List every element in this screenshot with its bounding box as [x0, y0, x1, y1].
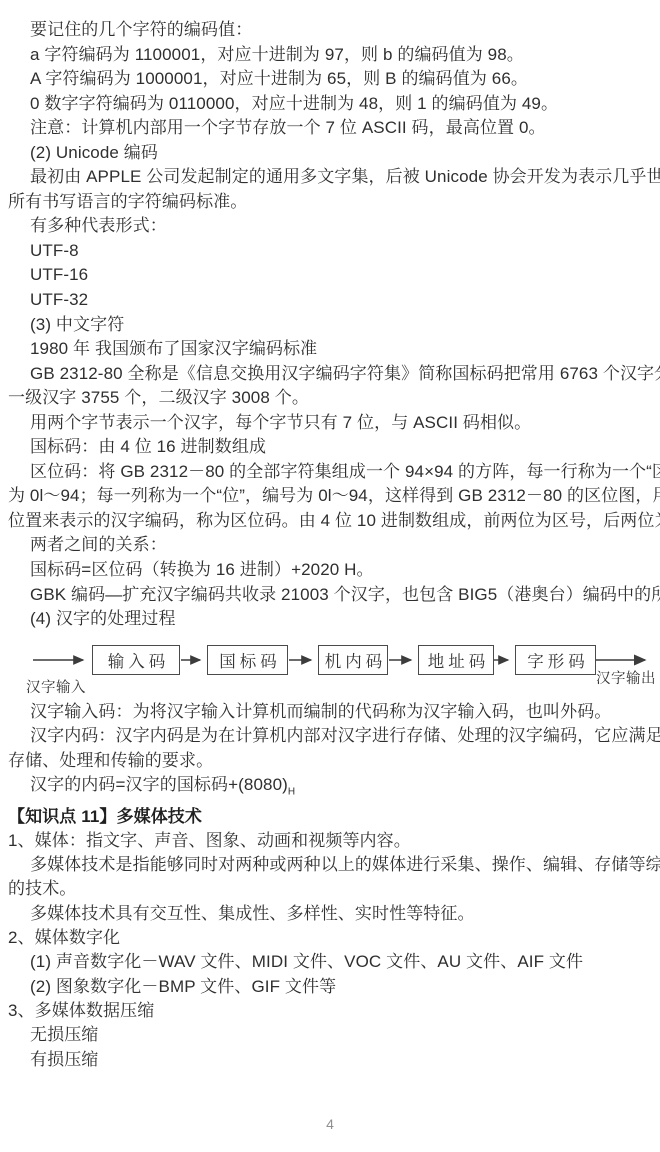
line-text: 有损压缩 — [30, 1050, 98, 1069]
text-line: a 字符编码为 1100001，对应十进制为 97，则 b 的编码值为 98。 — [8, 43, 658, 68]
line-text: 【知识点 11】多媒体技术 — [8, 807, 202, 826]
line-text: 多媒体技术具有交互性、集成性、多样性、实时性等特征。 — [30, 904, 475, 923]
flow-box-address-code: 地址码 — [418, 645, 494, 675]
text-line: 0 数字字符编码为 0110000，对应十进制为 48，则 1 的编码值为 49… — [8, 92, 658, 117]
line-text: GB 2312-80 全称是《信息交换用汉字编码字符集》简称国标码把常用 676… — [30, 364, 660, 383]
text-line: 汉字输入码：为将汉字输入计算机而编制的代码称为汉字输入码，也叫外码。 — [8, 700, 658, 724]
text-line: 用两个字节表示一个汉字，每个字节只有 7 位，与 ASCII 码相似。 — [8, 411, 658, 436]
text-line: 有损压缩 — [8, 1048, 658, 1072]
line-text: 无损压缩 — [30, 1025, 98, 1044]
text-line: 位置来表示的汉字编码，称为区位码。由 4 位 10 进制数组成，前两位为区号，后… — [8, 509, 658, 534]
text-line: GB 2312-80 全称是《信息交换用汉字编码字符集》简称国标码把常用 676… — [8, 362, 658, 387]
text-line: 无损压缩 — [8, 1023, 658, 1047]
flow-box-internal-code: 机内码 — [318, 645, 388, 675]
text-line: 注意：计算机内部用一个字节存放一个 7 位 ASCII 码，最高位置 0。 — [8, 116, 658, 141]
text-line: 要记住的几个字符的编码值： — [8, 18, 658, 43]
line-text: 最初由 APPLE 公司发起制定的通用多文字集，后被 Unicode 协会开发为… — [30, 167, 660, 186]
line-text: 要记住的几个字符的编码值： — [30, 20, 252, 39]
section-heading: 【知识点 11】多媒体技术 — [8, 805, 658, 829]
line-text: 区位码：将 GB 2312－80 的全部字符集组成一个 94×94 的方阵，每一… — [30, 462, 660, 481]
document-page: 要记住的几个字符的编码值：a 字符编码为 1100001，对应十进制为 97，则… — [0, 0, 660, 1152]
line-text: (2) 图象数字化－BMP 文件、GIF 文件等 — [30, 977, 336, 996]
line-text: 2、媒体数字化 — [8, 928, 120, 947]
line-text: 3、多媒体数据压缩 — [8, 1001, 154, 1020]
text-line: (2) 图象数字化－BMP 文件、GIF 文件等 — [8, 975, 658, 999]
line-text: 位置来表示的汉字编码，称为区位码。由 4 位 10 进制数组成，前两位为区号，后… — [8, 511, 660, 530]
text-line: 3、多媒体数据压缩 — [8, 999, 658, 1023]
line-text: 1980 年 我国颁布了国家汉字编码标准 — [30, 339, 317, 358]
text-line: 一级汉字 3755 个，二级汉字 3008 个。 — [8, 386, 658, 411]
line-text: 存储、处理和传输的要求。 — [8, 751, 213, 770]
text-line: 汉字的内码=汉字的国标码+(8080)H — [8, 773, 658, 805]
flow-box-national-standard-code: 国标码 — [207, 645, 288, 675]
line-text: UTF-16 — [30, 265, 88, 284]
text-line: 1980 年 我国颁布了国家汉字编码标准 — [8, 337, 658, 362]
text-line: 多媒体技术具有交互性、集成性、多样性、实时性等特征。 — [8, 902, 658, 926]
text-line: GBK 编码—扩充汉字编码共收录 21003 个汉字，也包含 BIG5（港奥台）… — [8, 583, 658, 608]
hanzi-processing-flow-diagram: 输入码 国标码 机内码 地址码 字形码 汉字输入 汉字输出 — [0, 636, 660, 700]
text-line: (2) Unicode 编码 — [8, 141, 658, 166]
line-text: (1) 声音数字化－WAV 文件、MIDI 文件、VOC 文件、AU 文件、AI… — [30, 952, 583, 971]
text-line: 多媒体技术是指能够同时对两种或两种以上的媒体进行采集、操作、编辑、存储等综合处理 — [8, 853, 658, 877]
text-line: (4) 汉字的处理过程 — [8, 607, 658, 632]
text-line: A 字符编码为 1000001，对应十进制为 65，则 B 的编码值为 66。 — [8, 67, 658, 92]
line-text: (4) 汉字的处理过程 — [30, 609, 176, 628]
text-line: (3) 中文字符 — [8, 313, 658, 338]
line-text: (3) 中文字符 — [30, 315, 124, 334]
line-text: UTF-32 — [30, 290, 88, 309]
line-text: 国标码：由 4 位 16 进制数组成 — [30, 437, 266, 456]
text-block-top: 要记住的几个字符的编码值：a 字符编码为 1100001，对应十进制为 97，则… — [8, 18, 658, 632]
page-number: 4 — [0, 1116, 660, 1132]
line-text: 注意：计算机内部用一个字节存放一个 7 位 ASCII 码，最高位置 0。 — [30, 118, 546, 137]
text-line: 存储、处理和传输的要求。 — [8, 749, 658, 773]
line-text: GBK 编码—扩充汉字编码共收录 21003 个汉字，也包含 BIG5（港奥台）… — [30, 585, 660, 604]
line-text: 为 0l～94；每一列称为一个“位”，编号为 0l～94，这样得到 GB 231… — [8, 486, 660, 505]
line-text: 用两个字节表示一个汉字，每个字节只有 7 位，与 ASCII 码相似。 — [30, 413, 531, 432]
subscript-text: H — [288, 786, 295, 797]
line-text: 汉字内码：汉字内码是为在计算机内部对汉字进行存储、处理的汉字编码，它应满足汉字的 — [30, 726, 660, 745]
line-text: 汉字的内码=汉字的国标码+(8080) — [30, 775, 288, 794]
text-line: 1、媒体：指文字、声音、图象、动画和视频等内容。 — [8, 829, 658, 853]
line-text: a 字符编码为 1100001，对应十进制为 97，则 b 的编码值为 98。 — [30, 45, 524, 64]
line-text: 汉字输入码：为将汉字输入计算机而编制的代码称为汉字输入码，也叫外码。 — [30, 702, 611, 721]
line-text: UTF-8 — [30, 241, 79, 260]
line-text: 0 数字字符编码为 0110000，对应十进制为 48，则 1 的编码值为 49… — [30, 94, 558, 113]
line-text: 所有书写语言的字符编码标准。 — [8, 192, 247, 211]
text-line: 国标码：由 4 位 16 进制数组成 — [8, 435, 658, 460]
text-line: 为 0l～94；每一列称为一个“位”，编号为 0l～94，这样得到 GB 231… — [8, 484, 658, 509]
text-block-bottom: 汉字输入码：为将汉字输入计算机而编制的代码称为汉字输入码，也叫外码。汉字内码：汉… — [8, 700, 658, 1072]
text-line: UTF-16 — [8, 263, 658, 288]
text-line: 的技术。 — [8, 877, 658, 901]
line-text: 多媒体技术是指能够同时对两种或两种以上的媒体进行采集、操作、编辑、存储等综合处理 — [30, 855, 660, 874]
text-line: 2、媒体数字化 — [8, 926, 658, 950]
text-line: 区位码：将 GB 2312－80 的全部字符集组成一个 94×94 的方阵，每一… — [8, 460, 658, 485]
text-line: (1) 声音数字化－WAV 文件、MIDI 文件、VOC 文件、AU 文件、AI… — [8, 950, 658, 974]
text-line: 最初由 APPLE 公司发起制定的通用多文字集，后被 Unicode 协会开发为… — [8, 165, 658, 190]
line-text: 的技术。 — [8, 879, 76, 898]
text-line: 所有书写语言的字符编码标准。 — [8, 190, 658, 215]
line-text: A 字符编码为 1000001，对应十进制为 65，则 B 的编码值为 66。 — [30, 69, 528, 88]
text-line: 两者之间的关系： — [8, 533, 658, 558]
flow-box-glyph-code: 字形码 — [515, 645, 596, 675]
line-text: 1、媒体：指文字、声音、图象、动画和视频等内容。 — [8, 831, 411, 850]
text-line: UTF-8 — [8, 239, 658, 264]
text-line: 汉字内码：汉字内码是为在计算机内部对汉字进行存储、处理的汉字编码，它应满足汉字的 — [8, 724, 658, 748]
flow-box-input-code: 输入码 — [92, 645, 180, 675]
text-line: UTF-32 — [8, 288, 658, 313]
flow-label-hanzi-input: 汉字输入 — [26, 676, 86, 697]
line-text: 有多种代表形式： — [30, 216, 167, 235]
text-line: 国标码=区位码（转换为 16 进制）+2020 H。 — [8, 558, 658, 583]
line-text: 国标码=区位码（转换为 16 进制）+2020 H。 — [30, 560, 374, 579]
line-text: (2) Unicode 编码 — [30, 143, 158, 162]
line-text: 一级汉字 3755 个，二级汉字 3008 个。 — [8, 388, 309, 407]
text-line: 有多种代表形式： — [8, 214, 658, 239]
line-text: 两者之间的关系： — [30, 535, 167, 554]
flow-label-hanzi-output: 汉字输出 — [596, 667, 656, 688]
